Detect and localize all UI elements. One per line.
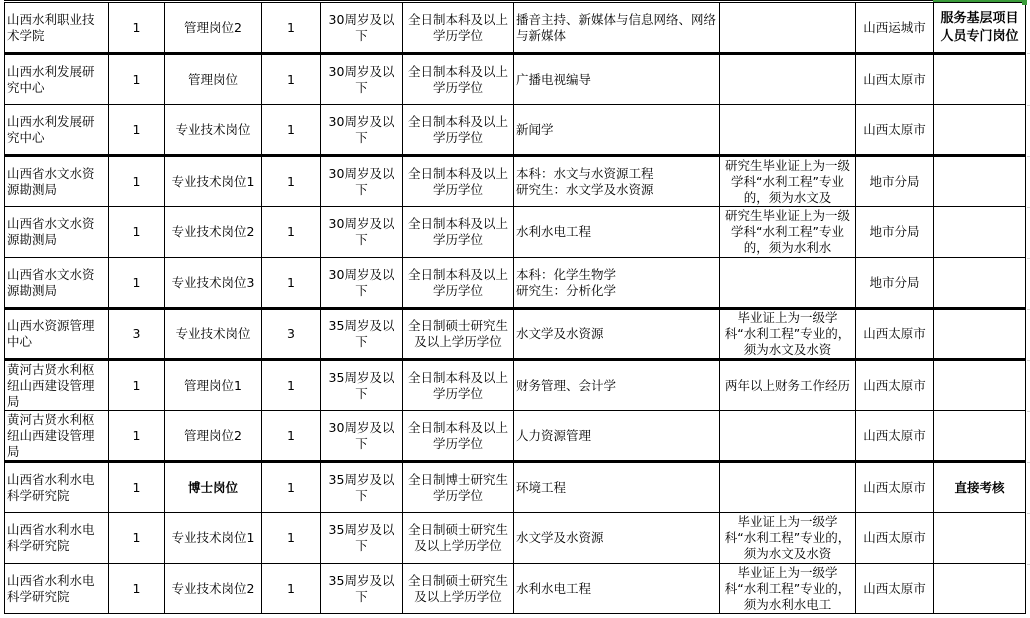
cell-age[interactable]: 30周岁及以下	[321, 54, 403, 105]
cell-age[interactable]: 30周岁及以下	[321, 156, 403, 207]
cell-text: 博士岗位	[167, 480, 259, 496]
table-row[interactable]: 山西水利发展研究中心1专业技术岗位130周岁及以下全日制本科及以上学历学位新闻学…	[5, 105, 1026, 156]
cell-other[interactable]: 研究生毕业证上为一级学科“水利工程”专业的，须为水文及	[720, 156, 856, 207]
cell-major[interactable]: 水利水电工程	[514, 564, 720, 614]
cell-unit[interactable]: 山西省水利水电科学研究院	[5, 564, 109, 614]
cell-text: 山西运城市	[858, 20, 931, 36]
cell-count-a[interactable]: 1	[109, 54, 165, 105]
cell-age[interactable]: 30周岁及以下	[321, 207, 403, 258]
cell-text: 全日制博士研究生学历学位	[405, 472, 511, 504]
cell-text: 1	[111, 72, 162, 88]
cell-major[interactable]: 环境工程	[514, 462, 720, 513]
cell-education[interactable]: 全日制本科及以上学历学位	[403, 207, 514, 258]
cell-count-a[interactable]: 3	[109, 309, 165, 360]
cell-unit[interactable]: 山西省水文水资源勘测局	[5, 156, 109, 207]
cell-count-b[interactable]: 1	[262, 105, 321, 156]
table-row[interactable]: 黄河古贤水利枢纽山西建设管理局1管理岗位1135周岁及以下全日制本科及以上学历学…	[5, 360, 1026, 411]
cell-count-b[interactable]: 1	[262, 564, 321, 614]
cell-unit[interactable]: 山西省水文水资源勘测局	[5, 207, 109, 258]
cell-text: 30周岁及以下	[323, 166, 400, 198]
cell-count-b[interactable]: 1	[262, 3, 321, 54]
cell-text: 全日制本科及以上学历学位	[405, 12, 511, 44]
cell-education[interactable]: 全日制本科及以上学历学位	[403, 54, 514, 105]
table-row[interactable]: 山西水利发展研究中心1管理岗位130周岁及以下全日制本科及以上学历学位广播电视编…	[5, 54, 1026, 105]
cell-major[interactable]: 水文学及水资源	[514, 513, 720, 564]
cell-text: 广播电视编导	[516, 72, 717, 88]
cell-count-a[interactable]: 1	[109, 411, 165, 462]
cell-text: 全日制硕士研究生及以上学历学位	[405, 318, 511, 350]
cell-age[interactable]: 30周岁及以下	[321, 3, 403, 54]
cell-text: 财务管理、会计学	[516, 378, 717, 394]
cell-location[interactable]: 山西太原市	[856, 411, 934, 462]
cell-text: 山西太原市	[858, 72, 931, 88]
cell-text: 35周岁及以下	[323, 370, 400, 402]
cell-note[interactable]	[934, 207, 1026, 258]
cell-text: 水利水电工程	[516, 581, 717, 597]
cell-text: 管理岗位1	[167, 378, 259, 394]
cell-location[interactable]: 地市分局	[856, 156, 934, 207]
cell-unit[interactable]: 山西省水文水资源勘测局	[5, 258, 109, 309]
cell-text: 全日制本科及以上学历学位	[405, 216, 511, 248]
cell-major[interactable]: 水文学及水资源	[514, 309, 720, 360]
cell-text: 1	[111, 275, 162, 291]
cell-text: 山西水利发展研究中心	[7, 64, 106, 96]
cell-count-b[interactable]: 1	[262, 360, 321, 411]
cell-text: 1	[264, 20, 318, 36]
cell-text: 山西水利发展研究中心	[7, 114, 106, 146]
cell-text: 1	[264, 378, 318, 394]
cell-text: 水文学及水资源	[516, 530, 717, 546]
cell-other[interactable]	[720, 3, 856, 54]
cell-text: 1	[264, 122, 318, 138]
table-row[interactable]: 山西水资源管理中心3专业技术岗位335周岁及以下全日制硕士研究生及以上学历学位水…	[5, 309, 1026, 360]
cell-count-a[interactable]: 1	[109, 258, 165, 309]
cell-position[interactable]: 专业技术岗位3	[165, 258, 262, 309]
cell-text: 专业技术岗位1	[167, 174, 259, 190]
cell-text: 35周岁及以下	[323, 318, 400, 350]
cell-text: 山西省水利水电科学研究院	[7, 573, 106, 605]
table-row[interactable]: 山西省水文水资源勘测局1专业技术岗位3130周岁及以下全日制本科及以上学历学位本…	[5, 258, 1026, 309]
cell-text: 研究生毕业证上为一级学科“水利工程”专业的，须为水文及	[722, 158, 853, 206]
cell-text: 30周岁及以下	[323, 64, 400, 96]
cell-unit[interactable]: 山西水资源管理中心	[5, 309, 109, 360]
cell-text: 山西省水文水资源勘测局	[7, 267, 106, 299]
cell-text: 山西太原市	[858, 581, 931, 597]
cell-text: 全日制硕士研究生及以上学历学位	[405, 573, 511, 605]
cell-text: 山西太原市	[858, 122, 931, 138]
cell-text: 1	[111, 224, 162, 240]
cell-other[interactable]	[720, 462, 856, 513]
cell-count-a[interactable]: 1	[109, 513, 165, 564]
recruitment-table: 山西水利职业技术学院1管理岗位2130周岁及以下全日制本科及以上学历学位播音主持…	[4, 2, 1026, 614]
cell-age[interactable]: 35周岁及以下	[321, 309, 403, 360]
cell-text: 1	[264, 275, 318, 291]
cell-text: 环境工程	[516, 480, 717, 496]
cell-text: 35周岁及以下	[323, 522, 400, 554]
cell-age[interactable]: 35周岁及以下	[321, 513, 403, 564]
cell-age[interactable]: 30周岁及以下	[321, 411, 403, 462]
cell-text: 专业技术岗位	[167, 122, 259, 138]
cell-other[interactable]: 毕业证上为一级学科“水利工程”专业的，须为水文及水资	[720, 513, 856, 564]
cell-text: 水利水电工程	[516, 224, 717, 240]
cell-text: 全日制本科及以上学历学位	[405, 114, 511, 146]
cell-position[interactable]: 博士岗位	[165, 462, 262, 513]
cell-education[interactable]: 全日制硕士研究生及以上学历学位	[403, 564, 514, 614]
cell-text: 全日制硕士研究生及以上学历学位	[405, 522, 511, 554]
cell-unit[interactable]: 山西省水利水电科学研究院	[5, 462, 109, 513]
cell-text: 全日制本科及以上学历学位	[405, 166, 511, 198]
cell-location[interactable]: 山西太原市	[856, 462, 934, 513]
cell-other[interactable]: 毕业证上为一级学科“水利工程”专业的，须为水文及水资	[720, 309, 856, 360]
table-row[interactable]: 山西水利职业技术学院1管理岗位2130周岁及以下全日制本科及以上学历学位播音主持…	[5, 3, 1026, 54]
cell-age[interactable]: 35周岁及以下	[321, 564, 403, 614]
cell-count-a[interactable]: 1	[109, 360, 165, 411]
cell-text: 本科：水文与水资源工程 研究生：水文学及水资源	[516, 166, 717, 198]
cell-text: 山西水利职业技术学院	[7, 12, 106, 44]
cell-text: 1	[264, 480, 318, 496]
cell-count-b[interactable]: 1	[262, 411, 321, 462]
cell-count-b[interactable]: 3	[262, 309, 321, 360]
cell-text: 管理岗位	[167, 72, 259, 88]
cell-position[interactable]: 专业技术岗位1	[165, 513, 262, 564]
cell-age[interactable]: 30周岁及以下	[321, 105, 403, 156]
cell-text: 毕业证上为一级学科“水利工程”专业的，须为水利水电工	[722, 565, 853, 613]
cell-unit[interactable]: 黄河古贤水利枢纽山西建设管理局	[5, 360, 109, 411]
cell-text: 1	[111, 20, 162, 36]
cell-education[interactable]: 全日制硕士研究生及以上学历学位	[403, 309, 514, 360]
cell-text: 山西水资源管理中心	[7, 318, 106, 350]
cell-text: 1	[264, 428, 318, 444]
cell-major[interactable]: 财务管理、会计学	[514, 360, 720, 411]
cell-text: 山西太原市	[858, 480, 931, 496]
table-row[interactable]: 山西省水利水电科学研究院1专业技术岗位2135周岁及以下全日制硕士研究生及以上学…	[5, 564, 1026, 614]
table-row[interactable]: 山西省水利水电科学研究院1博士岗位135周岁及以下全日制博士研究生学历学位环境工…	[5, 462, 1026, 513]
cell-text: 全日制本科及以上学历学位	[405, 267, 511, 299]
cell-text: 1	[111, 530, 162, 546]
cell-text: 山西太原市	[858, 326, 931, 342]
cell-note[interactable]	[934, 309, 1026, 360]
cell-text: 1	[264, 581, 318, 597]
cell-text: 1	[264, 530, 318, 546]
cell-position[interactable]: 专业技术岗位	[165, 105, 262, 156]
cell-note[interactable]	[934, 258, 1026, 309]
cell-major[interactable]: 本科：化学生物学 研究生：分析化学	[514, 258, 720, 309]
cell-text: 35周岁及以下	[323, 573, 400, 605]
cell-unit[interactable]: 山西水利发展研究中心	[5, 54, 109, 105]
cell-text: 30周岁及以下	[323, 114, 400, 146]
cell-position[interactable]: 管理岗位	[165, 54, 262, 105]
cell-education[interactable]: 全日制本科及以上学历学位	[403, 156, 514, 207]
cell-text: 黄河古贤水利枢纽山西建设管理局	[7, 362, 106, 410]
cell-text: 山西省水文水资源勘测局	[7, 166, 106, 198]
cell-text: 1	[111, 480, 162, 496]
cell-note[interactable]: 直接考核	[934, 462, 1026, 513]
cell-text: 30周岁及以下	[323, 420, 400, 452]
cell-text: 人力资源管理	[516, 428, 717, 444]
cell-unit[interactable]: 山西水利发展研究中心	[5, 105, 109, 156]
cell-age[interactable]: 35周岁及以下	[321, 462, 403, 513]
cell-education[interactable]: 全日制本科及以上学历学位	[403, 360, 514, 411]
cell-text: 1	[264, 72, 318, 88]
cell-text: 专业技术岗位	[167, 326, 259, 342]
cell-position[interactable]: 专业技术岗位	[165, 309, 262, 360]
cell-position[interactable]: 专业技术岗位2	[165, 564, 262, 614]
cell-text: 全日制本科及以上学历学位	[405, 370, 511, 402]
cell-count-b[interactable]: 1	[262, 258, 321, 309]
cell-text: 全日制本科及以上学历学位	[405, 64, 511, 96]
cell-text: 水文学及水资源	[516, 326, 717, 342]
cell-location[interactable]: 山西太原市	[856, 54, 934, 105]
cell-text: 1	[264, 224, 318, 240]
cell-text: 1	[111, 581, 162, 597]
cell-text: 专业技术岗位1	[167, 530, 259, 546]
cell-text: 山西太原市	[858, 530, 931, 546]
cell-text: 管理岗位2	[167, 20, 259, 36]
cell-major[interactable]: 播音主持、新媒体与信息网络、网络与新媒体	[514, 3, 720, 54]
cell-count-b[interactable]: 1	[262, 513, 321, 564]
cell-text: 黄河古贤水利枢纽山西建设管理局	[7, 412, 106, 460]
cell-text: 专业技术岗位3	[167, 275, 259, 291]
cell-text: 地市分局	[858, 174, 931, 190]
cell-location[interactable]: 地市分局	[856, 207, 934, 258]
cell-text: 35周岁及以下	[323, 472, 400, 504]
cell-note[interactable]	[934, 360, 1026, 411]
cell-location[interactable]: 山西太原市	[856, 513, 934, 564]
cell-location[interactable]: 地市分局	[856, 258, 934, 309]
cell-text: 直接考核	[936, 480, 1023, 496]
cell-major[interactable]: 本科：水文与水资源工程 研究生：水文学及水资源	[514, 156, 720, 207]
cell-other[interactable]	[720, 258, 856, 309]
cell-text: 专业技术岗位2	[167, 581, 259, 597]
cell-other[interactable]: 研究生毕业证上为一级学科“水利工程”专业的，须为水利水	[720, 207, 856, 258]
cell-text: 1	[111, 378, 162, 394]
cell-text: 30周岁及以下	[323, 267, 400, 299]
cell-text: 3	[264, 326, 318, 342]
cell-note[interactable]	[934, 564, 1026, 614]
cell-text: 毕业证上为一级学科“水利工程”专业的，须为水文及水资	[722, 514, 853, 562]
cell-text: 服务基层项目人员专门岗位	[936, 10, 1023, 46]
cell-selection-border	[933, 0, 1025, 2]
cell-text: 山西省水利水电科学研究院	[7, 522, 106, 554]
cell-major[interactable]: 水利水电工程	[514, 207, 720, 258]
cell-text: 管理岗位2	[167, 428, 259, 444]
cell-location[interactable]: 山西太原市	[856, 564, 934, 614]
cell-education[interactable]: 全日制硕士研究生及以上学历学位	[403, 513, 514, 564]
cell-count-a[interactable]: 1	[109, 207, 165, 258]
cell-education[interactable]: 全日制博士研究生学历学位	[403, 462, 514, 513]
cell-location[interactable]: 山西太原市	[856, 105, 934, 156]
cell-text: 播音主持、新媒体与信息网络、网络与新媒体	[516, 12, 717, 44]
cell-position[interactable]: 专业技术岗位2	[165, 207, 262, 258]
cell-count-b[interactable]: 1	[262, 462, 321, 513]
cell-education[interactable]: 全日制本科及以上学历学位	[403, 258, 514, 309]
cell-text: 山西省水利水电科学研究院	[7, 472, 106, 504]
spreadsheet-view: 山西水利职业技术学院1管理岗位2130周岁及以下全日制本科及以上学历学位播音主持…	[0, 0, 1030, 618]
cell-count-b[interactable]: 1	[262, 156, 321, 207]
table-row[interactable]: 山西省水文水资源勘测局1专业技术岗位2130周岁及以下全日制本科及以上学历学位水…	[5, 207, 1026, 258]
cell-major[interactable]: 人力资源管理	[514, 411, 720, 462]
cell-education[interactable]: 全日制本科及以上学历学位	[403, 3, 514, 54]
cell-text: 1	[111, 174, 162, 190]
cell-note[interactable]	[934, 411, 1026, 462]
cell-location[interactable]: 山西太原市	[856, 309, 934, 360]
cell-other[interactable]: 两年以上财务工作经历	[720, 360, 856, 411]
cell-major[interactable]: 新闻学	[514, 105, 720, 156]
cell-note[interactable]: 服务基层项目人员专门岗位	[934, 3, 1026, 54]
cell-unit[interactable]: 山西水利职业技术学院	[5, 3, 109, 54]
cell-position[interactable]: 管理岗位2	[165, 3, 262, 54]
cell-position[interactable]: 专业技术岗位1	[165, 156, 262, 207]
cell-note[interactable]	[934, 513, 1026, 564]
cell-note[interactable]	[934, 54, 1026, 105]
cell-text: 新闻学	[516, 122, 717, 138]
cell-text: 山西太原市	[858, 378, 931, 394]
cell-location[interactable]: 山西运城市	[856, 3, 934, 54]
cell-other[interactable]	[720, 105, 856, 156]
cell-other[interactable]	[720, 54, 856, 105]
cell-text: 1	[264, 174, 318, 190]
cell-count-a[interactable]: 1	[109, 3, 165, 54]
cell-text: 地市分局	[858, 275, 931, 291]
cell-unit[interactable]: 黄河古贤水利枢纽山西建设管理局	[5, 411, 109, 462]
cell-text: 毕业证上为一级学科“水利工程”专业的，须为水文及水资	[722, 310, 853, 358]
cell-position[interactable]: 管理岗位1	[165, 360, 262, 411]
table-row[interactable]: 黄河古贤水利枢纽山西建设管理局1管理岗位2130周岁及以下全日制本科及以上学历学…	[5, 411, 1026, 462]
cell-count-a[interactable]: 1	[109, 462, 165, 513]
cell-count-b[interactable]: 1	[262, 207, 321, 258]
cell-count-a[interactable]: 1	[109, 105, 165, 156]
fill-handle[interactable]	[1022, 0, 1027, 5]
cell-age[interactable]: 30周岁及以下	[321, 258, 403, 309]
cell-text: 本科：化学生物学 研究生：分析化学	[516, 267, 717, 299]
cell-unit[interactable]: 山西省水利水电科学研究院	[5, 513, 109, 564]
cell-text: 3	[111, 326, 162, 342]
cell-note[interactable]	[934, 105, 1026, 156]
cell-major[interactable]: 广播电视编导	[514, 54, 720, 105]
cell-other[interactable]	[720, 411, 856, 462]
cell-note[interactable]	[934, 156, 1026, 207]
cell-text: 两年以上财务工作经历	[722, 378, 853, 394]
cell-text: 地市分局	[858, 224, 931, 240]
cell-count-a[interactable]: 1	[109, 156, 165, 207]
cell-text: 全日制本科及以上学历学位	[405, 420, 511, 452]
cell-text: 山西太原市	[858, 428, 931, 444]
cell-text: 1	[111, 122, 162, 138]
cell-age[interactable]: 35周岁及以下	[321, 360, 403, 411]
cell-count-a[interactable]: 1	[109, 564, 165, 614]
cell-text: 山西省水文水资源勘测局	[7, 216, 106, 248]
cell-count-b[interactable]: 1	[262, 54, 321, 105]
cell-other[interactable]: 毕业证上为一级学科“水利工程”专业的，须为水利水电工	[720, 564, 856, 614]
cell-location[interactable]: 山西太原市	[856, 360, 934, 411]
table-row[interactable]: 山西省水文水资源勘测局1专业技术岗位1130周岁及以下全日制本科及以上学历学位本…	[5, 156, 1026, 207]
cell-text: 专业技术岗位2	[167, 224, 259, 240]
cell-position[interactable]: 管理岗位2	[165, 411, 262, 462]
cell-text: 研究生毕业证上为一级学科“水利工程”专业的，须为水利水	[722, 208, 853, 256]
table-row[interactable]: 山西省水利水电科学研究院1专业技术岗位1135周岁及以下全日制硕士研究生及以上学…	[5, 513, 1026, 564]
cell-education[interactable]: 全日制本科及以上学历学位	[403, 411, 514, 462]
cell-text: 1	[111, 428, 162, 444]
cell-education[interactable]: 全日制本科及以上学历学位	[403, 105, 514, 156]
cell-text: 30周岁及以下	[323, 12, 400, 44]
cell-text: 30周岁及以下	[323, 216, 400, 248]
